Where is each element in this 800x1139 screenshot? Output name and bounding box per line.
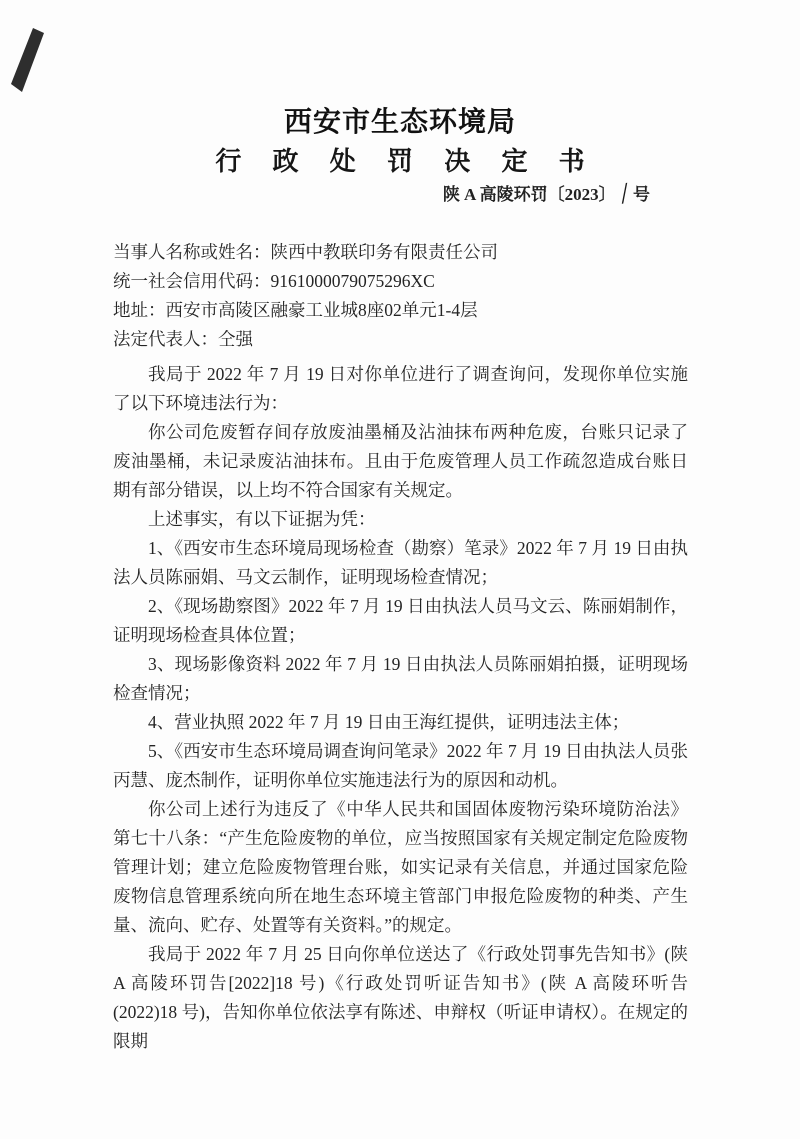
- party-info-line: 法定代表人：仝强: [113, 325, 688, 354]
- party-info: 当事人名称或姓名：陕西中教联印务有限责任公司 统一社会信用代码：91610000…: [113, 238, 688, 354]
- doc-number: 陕 A 高陵环罚〔2023〕/号: [443, 180, 650, 205]
- body-paragraph: 上述事实，有以下证据为凭：: [113, 505, 688, 534]
- body-paragraph: 你公司危废暂存间存放废油墨桶及沾油抹布两种危废，台账只记录了废油墨桶，未记录废沾…: [113, 418, 688, 505]
- body-paragraph: 4、营业执照 2022 年 7 月 19 日由王海红提供，证明违法主体；: [113, 708, 688, 737]
- body-paragraph: 2、《现场勘察图》2022 年 7 月 19 日由执法人员马文云、陈丽娟制作，证…: [113, 592, 688, 650]
- doc-number-handwritten-mark: /: [619, 188, 629, 199]
- org-title: 西安市生态环境局: [0, 100, 800, 140]
- body-paragraph: 我局于 2022 年 7 月 25 日向你单位送达了《行政处罚事先告知书》(陕 …: [113, 940, 688, 1056]
- document-page: 西安市生态环境局 行 政 处 罚 决 定 书 陕 A 高陵环罚〔2023〕/号 …: [0, 0, 800, 1139]
- body-paragraph: 你公司上述行为违反了《中华人民共和国固体废物污染环境防治法》第七十八条：“产生危…: [113, 795, 688, 940]
- doc-number-prefix: 陕 A 高陵环罚〔2023〕: [443, 185, 616, 204]
- doc-title: 行 政 处 罚 决 定 书: [0, 141, 800, 178]
- party-info-line: 统一社会信用代码：9161000079075296XC: [113, 267, 688, 296]
- doc-number-suffix: 号: [633, 185, 650, 204]
- scan-artifact-mark: [6, 26, 48, 94]
- body-paragraph: 5、《西安市生态环境局调查询问笔录》2022 年 7 月 19 日由执法人员张丙…: [113, 737, 688, 795]
- body-paragraphs: 我局于 2022 年 7 月 19 日对你单位进行了调查询问，发现你单位实施了以…: [113, 360, 688, 1056]
- party-info-line: 当事人名称或姓名：陕西中教联印务有限责任公司: [113, 238, 688, 267]
- body-paragraph: 1、《西安市生态环境局现场检查（勘察）笔录》2022 年 7 月 19 日由执法…: [113, 534, 688, 592]
- document-body: 当事人名称或姓名：陕西中教联印务有限责任公司 统一社会信用代码：91610000…: [113, 238, 688, 1056]
- body-paragraph: 我局于 2022 年 7 月 19 日对你单位进行了调查询问，发现你单位实施了以…: [113, 360, 688, 418]
- party-info-line: 地址：西安市高陵区融豪工业城8座02单元1-4层: [113, 296, 688, 325]
- body-paragraph: 3、现场影像资料 2022 年 7 月 19 日由执法人员陈丽娟拍摄，证明现场检…: [113, 650, 688, 708]
